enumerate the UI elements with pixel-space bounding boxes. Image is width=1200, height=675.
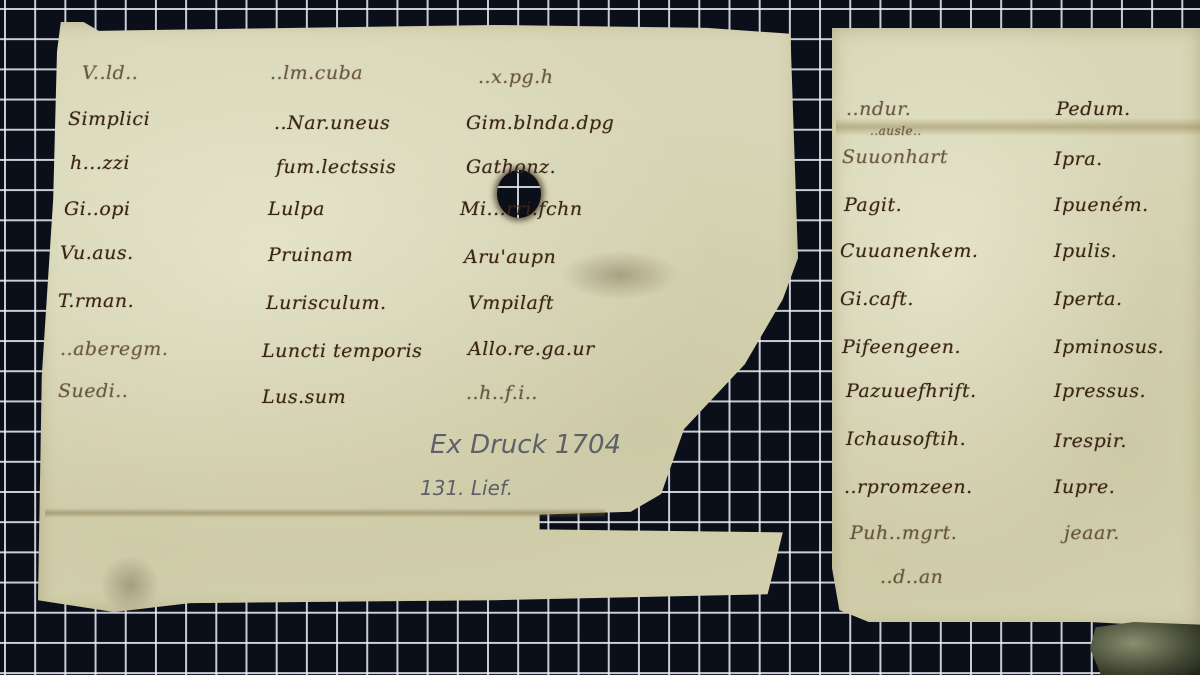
gloss-word: Suuonhart — [842, 146, 948, 168]
gloss-word: Ipueném. — [1054, 194, 1149, 216]
gloss-word: ..Nar.uneus — [274, 112, 390, 134]
gloss-word: Allo.re.ga.ur — [468, 338, 595, 360]
gloss-word: fum.lectssis — [276, 156, 396, 178]
gloss-word: Ipressus. — [1054, 380, 1146, 402]
gloss-word: Lulpa — [268, 198, 325, 220]
gloss-word: Irespir. — [1054, 430, 1127, 452]
gloss-word: Lurisculum. — [266, 292, 387, 314]
gloss-word: Simplici — [68, 108, 150, 130]
gloss-word: Aru'aupn — [464, 246, 556, 268]
gloss-word: ..x.pg.h — [478, 66, 553, 88]
gloss-word: ..rpromzeen. — [844, 476, 973, 498]
gloss-word: Iupre. — [1054, 476, 1115, 498]
gloss-word: Gim.blnda.dpg — [466, 112, 614, 134]
pencil-annotation-line-2: 131. Lief. — [420, 476, 513, 500]
gloss-word: Iperta. — [1054, 288, 1123, 310]
gloss-word: Vmpilaft — [468, 292, 554, 314]
parchment-debris — [1090, 622, 1200, 675]
gloss-word: Pruinam — [268, 244, 353, 266]
gloss-word: Cuuanenkem. — [840, 240, 978, 262]
left-parchment-fragment — [38, 22, 798, 612]
stain-mark — [100, 555, 160, 615]
gloss-word: ..lm.cuba — [270, 62, 363, 84]
gloss-word: V..ld.. — [82, 62, 138, 84]
gloss-word: Ichausoftih. — [846, 428, 966, 450]
gloss-word: ..ausle.. — [870, 124, 922, 138]
gloss-word: jeaar. — [1064, 522, 1120, 544]
gloss-word: Gi..opi — [64, 198, 131, 220]
gloss-word: ..ndur. — [846, 98, 911, 120]
gloss-word: Lus.sum — [262, 386, 346, 408]
gloss-word: Vu.aus. — [60, 242, 134, 264]
pencil-annotation-line-1: Ex Druck 1704 — [430, 430, 621, 460]
gloss-word: Ipulis. — [1054, 240, 1117, 262]
gloss-word: ..aberegm. — [60, 338, 168, 360]
gloss-word: Ipra. — [1054, 148, 1103, 170]
gloss-word: Pifeengeen. — [842, 336, 961, 358]
gloss-word: Ipminosus. — [1054, 336, 1164, 358]
gloss-word: ..d..an — [880, 566, 943, 588]
gloss-word: h...zzi — [70, 152, 130, 174]
gloss-word: T.rman. — [58, 290, 134, 312]
gloss-word: Pedum. — [1056, 98, 1131, 120]
gloss-word: Mi...rri.fchn — [460, 198, 583, 220]
gloss-word: Pagit. — [844, 194, 902, 216]
gloss-word: ..h..f.i.. — [466, 382, 538, 404]
ink-stain — [560, 250, 680, 300]
gloss-word: Luncti temporis — [262, 340, 422, 362]
gloss-word: Suedi.. — [58, 380, 128, 402]
gloss-word: Puh..mgrt. — [850, 522, 957, 544]
fold-crease — [45, 508, 605, 518]
gloss-word: Gathonz. — [466, 156, 556, 178]
gloss-word: Pazuuefhrift. — [846, 380, 977, 402]
gloss-word: Gi.caft. — [840, 288, 914, 310]
